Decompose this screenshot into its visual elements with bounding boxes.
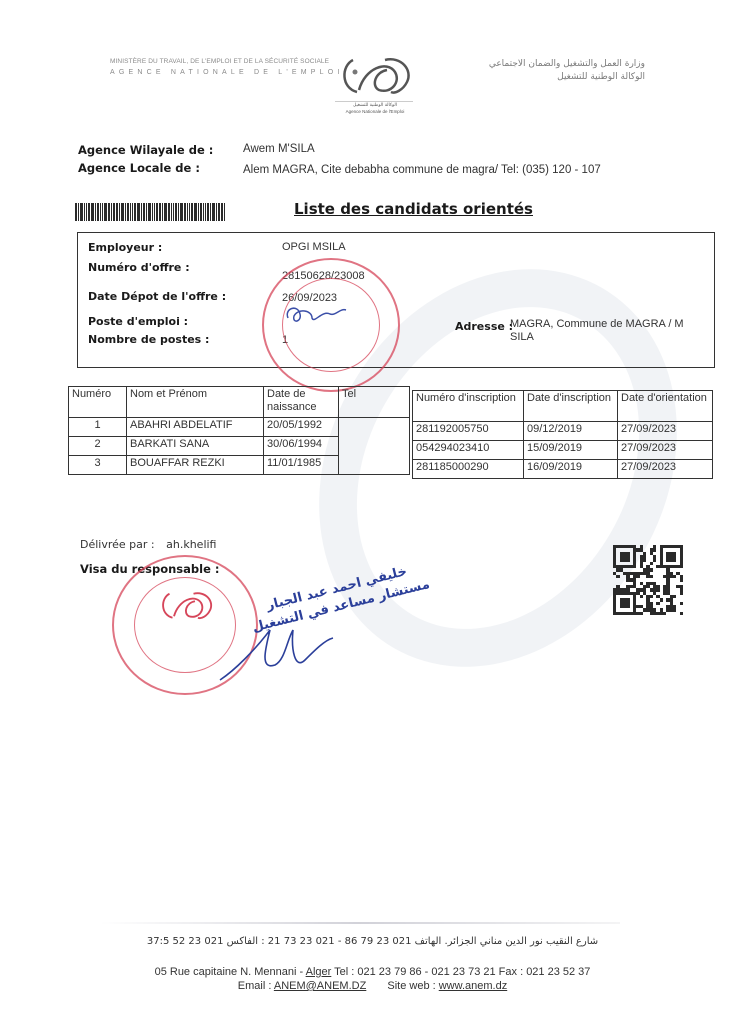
ministry-header-fr: MINISTÈRE DU TRAVAIL, DE L'EMPLOI ET DE …	[110, 56, 344, 78]
footer-city: Alger	[306, 966, 332, 978]
cell-inscription-num: 281185000290	[413, 460, 524, 479]
agence-locale-value: Alem MAGRA, Cite debabha commune de magr…	[243, 164, 601, 176]
deposit-date-label: Date Dépot de l'offre :	[88, 290, 226, 303]
offer-number-label: Numéro d'offre :	[88, 261, 190, 274]
candidates-table-left: Numéro Nom et Prénom Date de naissance T…	[68, 386, 410, 475]
employer-value: OPGI MSILA	[282, 241, 346, 253]
col-header-naissance: Date de naissance	[264, 387, 339, 418]
position-label: Poste d'emploi :	[88, 315, 188, 328]
agency-name-fr: AGENCE NATIONALE DE L'EMPLOI	[110, 67, 344, 78]
footer-web: Email : ANEM@ANEM.DZ Site web : www.anem…	[0, 980, 745, 992]
cell-nom: BOUAFFAR REZKI	[127, 456, 264, 475]
col-header-inscription-date: Date d'inscription	[524, 391, 618, 422]
footer-email-label: Email :	[238, 980, 274, 992]
employer-label: Employeur :	[88, 241, 162, 254]
col-header-numero: Numéro	[69, 387, 127, 418]
table-row: 1 ABAHRI ABDELATIF 20/05/1992	[69, 418, 410, 437]
col-header-inscription-num: Numéro d'inscription	[413, 391, 524, 422]
qr-code	[613, 545, 683, 615]
barcode	[75, 203, 263, 221]
footer-arabic-address: شارع النقيب نور الدين مناني الجزائر. اله…	[0, 936, 745, 947]
handwritten-scribble-icon	[282, 300, 352, 330]
cell-orientation-date: 27/09/2023	[618, 460, 713, 479]
agence-wilayale-label: Agence Wilayale de :	[78, 143, 213, 157]
cell-numero: 1	[69, 418, 127, 437]
naissance-header-line2: naissance	[267, 401, 335, 414]
cell-naissance: 30/06/1994	[264, 437, 339, 456]
cell-numero: 3	[69, 456, 127, 475]
table-row: 281192005750 09/12/2019 27/09/2023	[413, 422, 713, 441]
document-title: Liste des candidats orientés	[294, 200, 533, 218]
table-row: 281185000290 16/09/2019 27/09/2023	[413, 460, 713, 479]
cell-inscription-date: 16/09/2019	[524, 460, 618, 479]
footer-web-link[interactable]: www.anem.dz	[439, 980, 507, 992]
cell-numero: 2	[69, 437, 127, 456]
cell-inscription-num: 054294023410	[413, 441, 524, 460]
cell-nom: BARKATI SANA	[127, 437, 264, 456]
naissance-header-line1: Date de	[267, 388, 335, 401]
anem-logo-icon	[335, 50, 415, 100]
col-header-orientation-date: Date d'orientation	[618, 391, 713, 422]
ministry-name-ar: وزارة العمل والتشغيل والضمان الاجتماعي	[489, 58, 645, 71]
cell-nom: ABAHRI ABDELATIF	[127, 418, 264, 437]
logo-caption: الوكالة الوطنية للتشغيل Agence Nationale…	[325, 103, 425, 115]
signature-icon	[215, 610, 335, 690]
agency-name-ar: الوكالة الوطنية للتشغيل	[489, 71, 645, 84]
ministry-name-fr: MINISTÈRE DU TRAVAIL, DE L'EMPLOI ET DE …	[110, 56, 344, 67]
col-header-nom: Nom et Prénom	[127, 387, 264, 418]
address-line-1: MAGRA, Commune de MAGRA / M	[510, 318, 684, 331]
cell-inscription-date: 09/12/2019	[524, 422, 618, 441]
agence-locale-label: Agence Locale de :	[78, 161, 200, 175]
footer-street: 05 Rue capitaine N. Mennani -	[155, 966, 306, 978]
footer-contact: Tel : 021 23 79 86 - 021 23 73 21 Fax : …	[331, 966, 590, 978]
address-value: MAGRA, Commune de MAGRA / M SILA	[510, 318, 684, 344]
cell-naissance: 11/01/1985	[264, 456, 339, 475]
cell-orientation-date: 27/09/2023	[618, 422, 713, 441]
candidates-table-right: Numéro d'inscription Date d'inscription …	[412, 390, 713, 479]
delivered-by: Délivrée par : ah.khelifi	[80, 538, 216, 551]
delivered-by-value: ah.khelifi	[166, 538, 216, 551]
footer-web-label: Site web :	[387, 980, 438, 992]
address-label: Adresse :	[455, 320, 513, 333]
address-line-2: SILA	[510, 331, 684, 344]
table-row: 054294023410 15/09/2019 27/09/2023	[413, 441, 713, 460]
footer-address: 05 Rue capitaine N. Mennani - Alger Tel …	[0, 966, 745, 978]
logo-caption-fr: Agence Nationale de l'Emploi	[325, 109, 425, 115]
agence-wilayale-value: Awem M'SILA	[243, 143, 315, 155]
footer-email-link[interactable]: ANEM@ANEM.DZ	[274, 980, 366, 992]
cell-orientation-date: 27/09/2023	[618, 441, 713, 460]
cell-inscription-num: 281192005750	[413, 422, 524, 441]
cell-naissance: 20/05/1992	[264, 418, 339, 437]
stamp-logo-icon	[156, 585, 216, 625]
cell-tel	[339, 418, 410, 475]
col-header-tel: Tel	[339, 387, 410, 418]
delivered-by-label: Délivrée par :	[80, 538, 155, 551]
positions-count-label: Nombre de postes :	[88, 333, 209, 346]
ministry-header-ar: وزارة العمل والتشغيل والضمان الاجتماعي ا…	[489, 58, 645, 84]
logo-divider	[335, 101, 413, 102]
footer-divider	[100, 922, 620, 924]
cell-inscription-date: 15/09/2019	[524, 441, 618, 460]
